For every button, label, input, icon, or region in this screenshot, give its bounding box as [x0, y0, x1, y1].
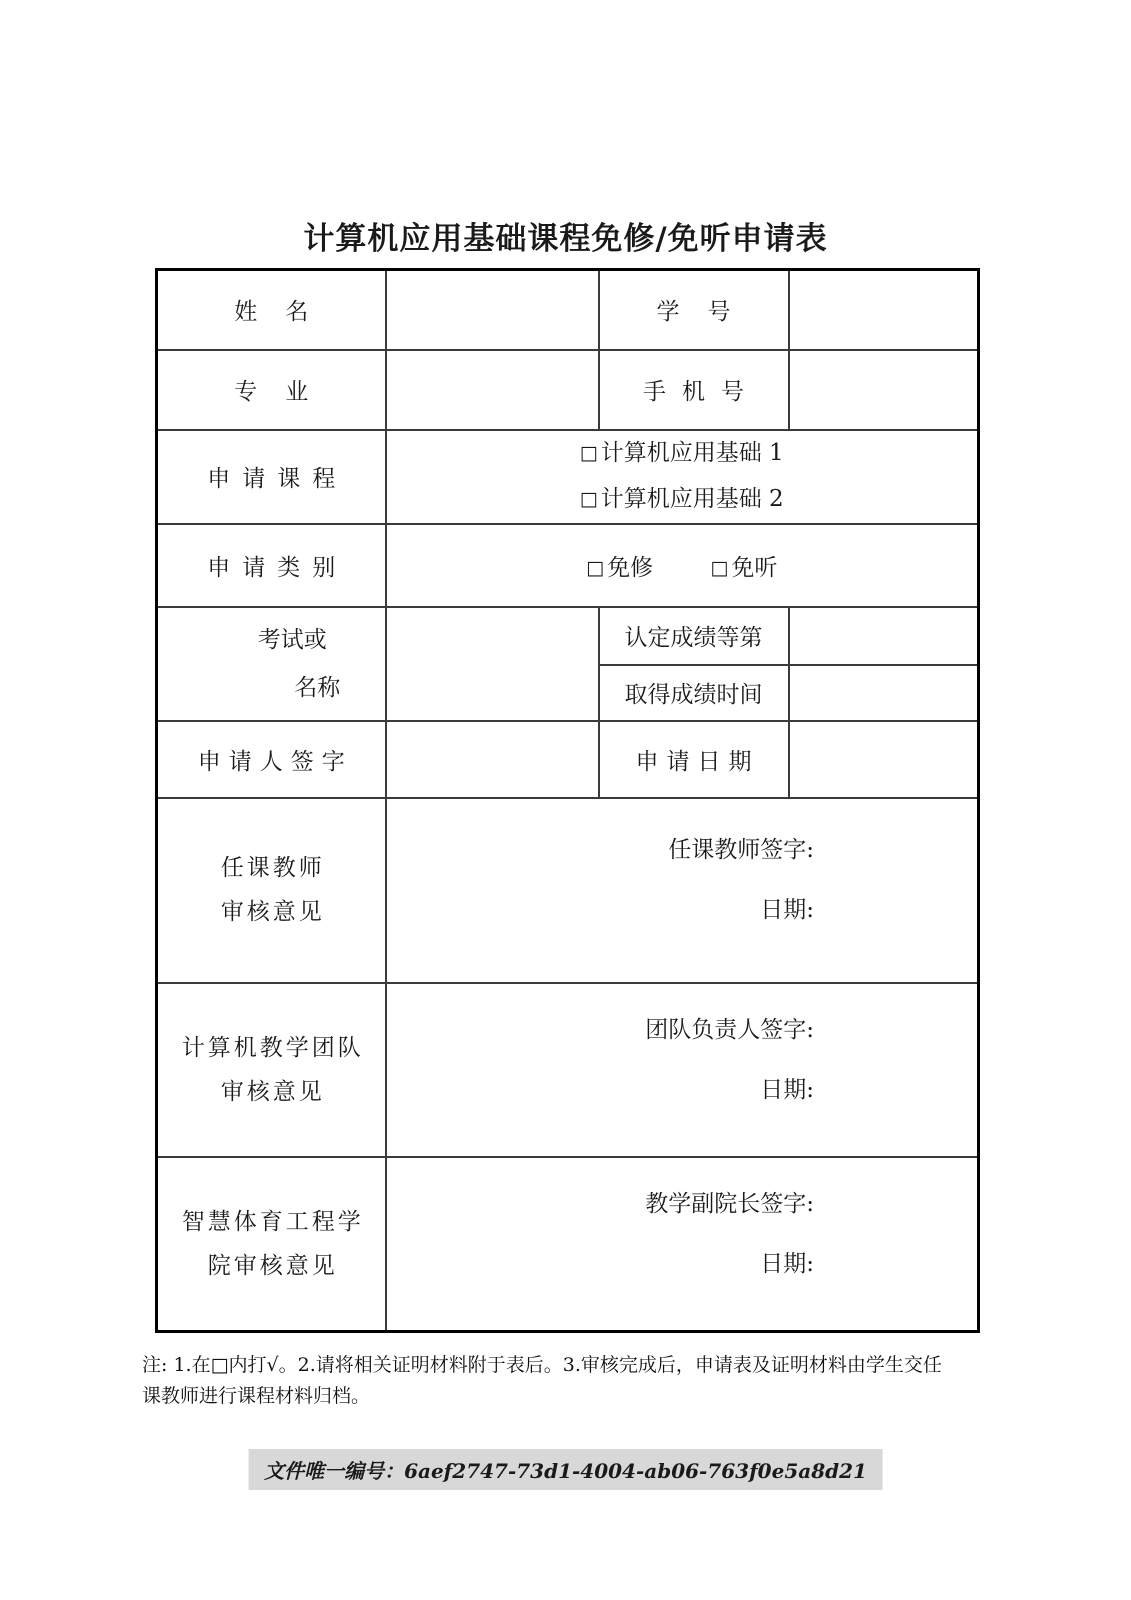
school-review-label-line2: 院审核意见 [158, 1244, 385, 1288]
row-applicant-signature: 申请人签字 申请日期 [157, 721, 979, 798]
checkbox-icon: □ [580, 431, 598, 476]
type-option-label: 免听 [731, 555, 777, 581]
type-option-exempt-study[interactable]: □免修 [586, 555, 660, 581]
teacher-review-content-cell[interactable]: 任课教师签字: 日期: [386, 798, 979, 983]
applicant-signature-label: 申请人签字 [190, 749, 353, 775]
row-name: 姓名 学号 [157, 270, 979, 350]
teacher-review-label-line1: 任课教师 [158, 846, 385, 890]
course-option-label: 计算机应用基础 1 [601, 440, 784, 466]
name-label-cell: 姓名 [157, 270, 386, 350]
row-exam-grade: 考试或 名称 认定成绩等第 [157, 607, 979, 665]
grade-level-label: 认定成绩等第 [625, 625, 763, 651]
major-value-cell[interactable] [386, 350, 599, 430]
exam-name-value-cell[interactable] [386, 607, 599, 721]
row-type: 申请类别 □免修 □免听 [157, 524, 979, 607]
file-id-label: 文件唯一编号： [264, 1459, 404, 1483]
course-option-label: 计算机应用基础 2 [601, 486, 784, 512]
apply-date-label-cell: 申请日期 [599, 721, 789, 798]
student-id-value-cell[interactable] [789, 270, 979, 350]
grade-time-label-cell: 取得成绩时间 [599, 665, 789, 721]
course-option-basics-2[interactable]: □计算机应用基础 2 [387, 477, 978, 523]
checkbox-icon: □ [586, 557, 604, 579]
course-option-basics-1[interactable]: □计算机应用基础 1 [387, 431, 978, 477]
grade-level-label-cell: 认定成绩等第 [599, 607, 789, 665]
type-label-cell: 申请类别 [157, 524, 386, 607]
footnote-line2: 课教师进行课程材料归档。 [142, 1381, 998, 1412]
checkbox-icon: □ [710, 557, 728, 579]
file-id-banner: 文件唯一编号：6aef2747-73d1-4004-ab06-763f0e5a8… [248, 1449, 883, 1490]
team-date-label: 日期: [760, 1078, 814, 1102]
exam-label-line1: 考试或 [158, 623, 385, 657]
apply-date-label: 申请日期 [628, 749, 760, 775]
page-title: 计算机应用基础课程免修/免听申请表 [0, 213, 1131, 258]
team-review-label-line1: 计算机教学团队 [158, 1026, 385, 1070]
exam-label-line2: 名称 [158, 671, 385, 705]
grade-time-label: 取得成绩时间 [625, 682, 763, 708]
student-id-label-cell: 学号 [599, 270, 789, 350]
name-label: 姓名 [206, 299, 336, 325]
course-label-cell: 申请课程 [157, 430, 386, 524]
type-option-label: 免修 [607, 555, 653, 581]
vice-dean-signature-label: 教学副院长签字: [645, 1192, 814, 1216]
file-id-code: 6aef2747-73d1-4004-ab06-763f0e5a8d21 [404, 1459, 867, 1483]
teacher-review-label-cell: 任课教师 审核意见 [157, 798, 386, 983]
team-review-label-line2: 审核意见 [158, 1070, 385, 1114]
school-review-label-cell: 智慧体育工程学 院审核意见 [157, 1157, 386, 1332]
footnote: 注: 1.在□内打√。2.请将相关证明材料附于表后。3.审核完成后，申请表及证明… [142, 1350, 998, 1412]
phone-value-cell[interactable] [789, 350, 979, 430]
document-page: 计算机应用基础课程免修/免听申请表 姓名 学号 专业 [0, 0, 1131, 1600]
teacher-date-label: 日期: [760, 898, 814, 922]
school-date-label: 日期: [760, 1252, 814, 1276]
student-id-label: 学号 [629, 299, 759, 325]
course-label: 申请课程 [195, 466, 347, 492]
course-options-cell: □计算机应用基础 1 □计算机应用基础 2 [386, 430, 979, 524]
application-form-table: 姓名 学号 专业 手机号 [155, 268, 980, 1333]
major-label: 专业 [206, 379, 336, 405]
row-school-review: 智慧体育工程学 院审核意见 教学副院长签字: 日期: [157, 1157, 979, 1332]
row-teacher-review: 任课教师 审核意见 任课教师签字: 日期: [157, 798, 979, 983]
applicant-signature-label-cell: 申请人签字 [157, 721, 386, 798]
footnote-line1: 注: 1.在□内打√。2.请将相关证明材料附于表后。3.审核完成后，申请表及证明… [142, 1350, 998, 1381]
name-value-cell[interactable] [386, 270, 599, 350]
team-review-label-cell: 计算机教学团队 审核意见 [157, 983, 386, 1157]
major-label-cell: 专业 [157, 350, 386, 430]
school-review-content-cell[interactable]: 教学副院长签字: 日期: [386, 1157, 979, 1332]
school-review-label-line1: 智慧体育工程学 [158, 1200, 385, 1244]
checkbox-icon: □ [580, 477, 598, 522]
type-options-cell: □免修 □免听 [386, 524, 979, 607]
grade-level-value-cell[interactable] [789, 607, 979, 665]
team-leader-signature-label: 团队负责人签字: [645, 1018, 814, 1042]
apply-date-value-cell[interactable] [789, 721, 979, 798]
row-team-review: 计算机教学团队 审核意见 团队负责人签字: 日期: [157, 983, 979, 1157]
applicant-signature-value-cell[interactable] [386, 721, 599, 798]
teacher-review-label-line2: 审核意见 [158, 890, 385, 934]
phone-label: 手机号 [627, 379, 760, 405]
teacher-signature-label: 任课教师签字: [668, 838, 814, 862]
row-course: 申请课程 □计算机应用基础 1 □计算机应用基础 2 [157, 430, 979, 524]
type-label: 申请类别 [195, 555, 347, 581]
grade-time-value-cell[interactable] [789, 665, 979, 721]
exam-name-label-cell: 考试或 名称 [157, 607, 386, 721]
phone-label-cell: 手机号 [599, 350, 789, 430]
team-review-content-cell[interactable]: 团队负责人签字: 日期: [386, 983, 979, 1157]
type-option-exempt-attend[interactable]: □免听 [710, 555, 777, 581]
row-major: 专业 手机号 [157, 350, 979, 430]
